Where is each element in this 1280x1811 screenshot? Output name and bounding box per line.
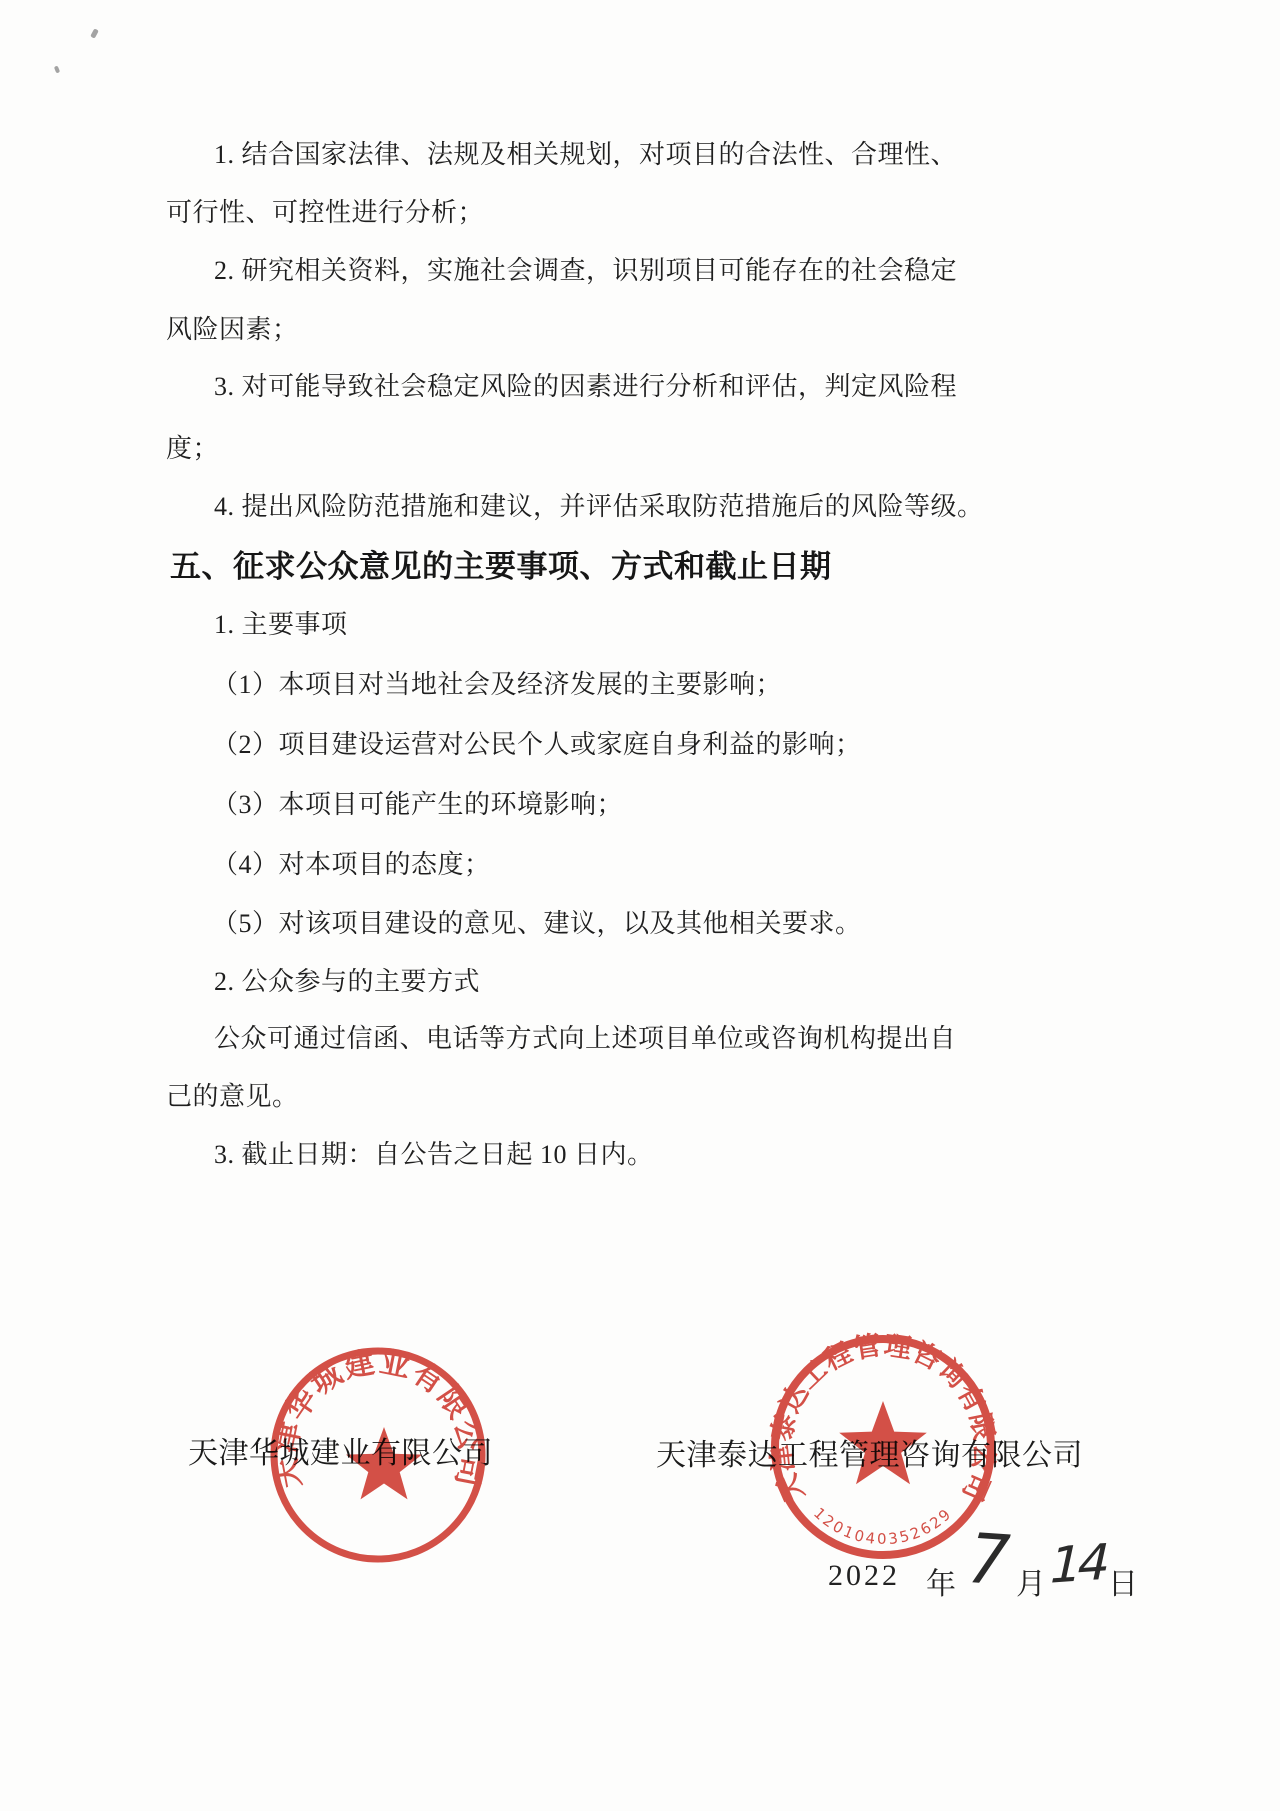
body-line-3: 2. 研究相关资料，实施社会调查，识别项目可能存在的社会稳定: [214, 250, 957, 287]
body-line-16: 己的意见。: [166, 1076, 299, 1113]
body-line-8: 1. 主要事项: [214, 604, 348, 641]
body-line-10: （2）项目建设运营对公民个人或家庭自身利益的影响；: [212, 724, 862, 761]
document-page: 1. 结合国家法律、法规及相关规划，对项目的合法性、合理性、 可行性、可控性进行…: [0, 0, 1280, 1811]
scan-artifact: [90, 28, 99, 38]
body-line-1: 1. 结合国家法律、法规及相关规划，对项目的合法性、合理性、: [214, 134, 957, 171]
section-heading: 五、征求公众意见的主要事项、方式和截止日期: [170, 541, 832, 586]
date-day-unit: 日: [1108, 1559, 1138, 1603]
company-seal-left: 天津华城建业有限公司: [238, 1315, 518, 1595]
body-line-2: 可行性、可控性进行分析；: [166, 192, 484, 229]
body-line-4: 风险因素；: [166, 309, 299, 346]
body-line-6: 度；: [166, 428, 219, 465]
body-line-9: （1）本项目对当地社会及经济发展的主要影响；: [212, 664, 782, 701]
body-line-17: 3. 截止日期：自公告之日起 10 日内。: [214, 1134, 654, 1171]
body-line-11: （3）本项目可能产生的环境影响；: [212, 784, 623, 821]
date-day-handwritten: 14: [1043, 1533, 1112, 1595]
body-line-15: 公众可通过信函、电话等方式向上述项目单位或咨询机构提出自: [214, 1018, 956, 1055]
body-line-13: （5）对该项目建设的意见、建议，以及其他相关要求。: [212, 903, 862, 940]
company-seal-right: 天津泰达工程管理咨询有限公司 1201040352629: [743, 1307, 1023, 1587]
body-line-5: 3. 对可能导致社会稳定风险的因素进行分析和评估，判定风险程: [214, 366, 957, 403]
body-line-14: 2. 公众参与的主要方式: [214, 961, 480, 998]
body-line-12: （4）对本项目的态度；: [212, 844, 491, 881]
body-line-7: 4. 提出风险防范措施和建议，并评估采取防范措施后的风险等级。: [214, 486, 984, 523]
seal-star-right: [839, 1401, 927, 1484]
scan-artifact: [54, 66, 60, 74]
seal-star-left: [346, 1427, 422, 1499]
